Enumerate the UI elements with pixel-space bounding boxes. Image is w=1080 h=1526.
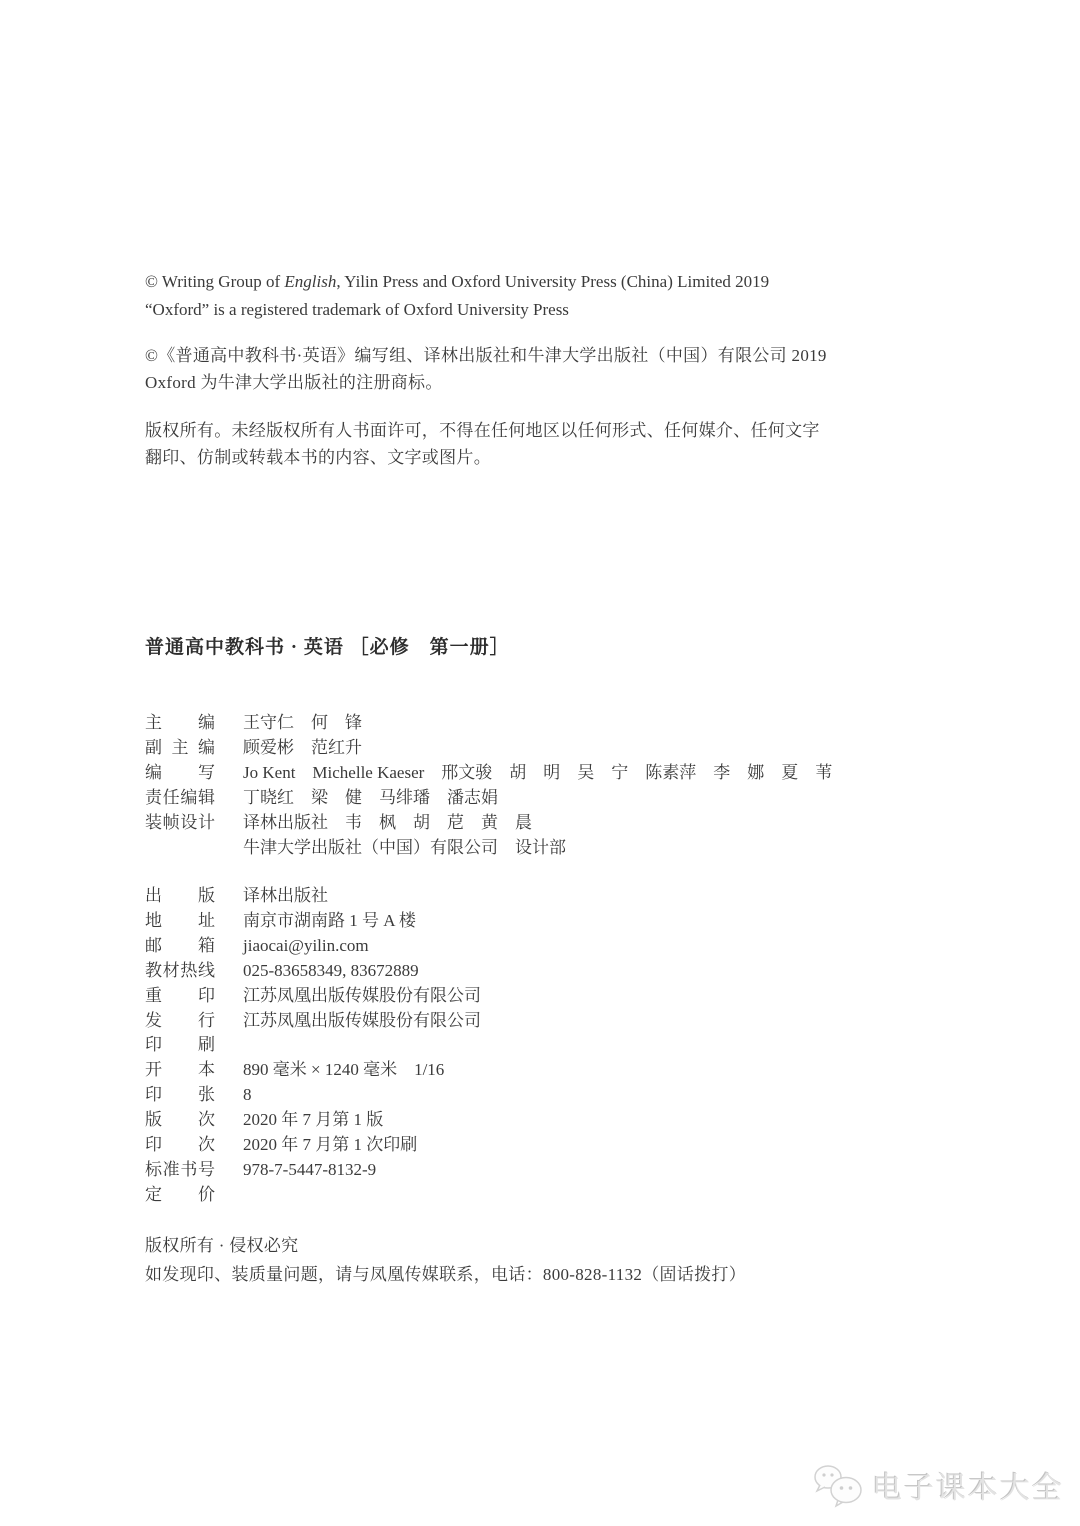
- rights-notice-line2: 翻印、仿制或转载本书的内容、文字或图片。: [145, 444, 820, 471]
- pub-label: 印次: [145, 1133, 215, 1158]
- chinese-copyright-block: ©《普通高中教科书·英语》编写组、译林出版社和牛津大学出版社（中国）有限公司 2…: [145, 342, 827, 396]
- credits-block: 主编王守仁 何 锋 副主编顾爱彬 范红升 编写Jo Kent Michelle …: [145, 710, 832, 860]
- book-title: 普通高中教科书 · 英语 ［必修 第一册］: [145, 632, 510, 659]
- credit-label: 装帧设计: [145, 810, 215, 835]
- pub-row-hotline: 教材热线025-83658349, 83672889: [145, 959, 481, 984]
- rights-notice-line1: 版权所有。未经版权所有人书面许可，不得在任何地区以任何形式、任何媒介、任何文字: [145, 417, 820, 444]
- chinese-copyright-line1: ©《普通高中教科书·英语》编写组、译林出版社和牛津大学出版社（中国）有限公司 2…: [145, 342, 827, 369]
- english-copyright-block: © Writing Group of English, Yilin Press …: [145, 268, 769, 324]
- pub-value: 2020 年 7 月第 1 版: [243, 1110, 383, 1129]
- chinese-copyright-line2: Oxford 为牛津大学出版社的注册商标。: [145, 369, 827, 396]
- credit-value: Jo Kent Michelle Kaeser 邢文骏 胡 明 吴 宁 陈素萍 …: [243, 763, 832, 782]
- wechat-icon: [812, 1462, 864, 1508]
- pub-row-price: 定价: [145, 1183, 481, 1208]
- pub-label: 教材热线: [145, 959, 215, 984]
- credit-label: 编写: [145, 760, 215, 785]
- credit-value: 牛津大学出版社（中国）有限公司 设计部: [243, 838, 566, 857]
- copyright-text: , Yilin Press and Oxford University Pres…: [336, 272, 769, 291]
- footer-contact-line: 如发现印、装质量问题，请与凤凰传媒联系，电话：800-828-1132（固话拨打…: [145, 1260, 746, 1289]
- pub-label: 发行: [145, 1009, 215, 1034]
- pub-row-distribution: 发行江苏凤凰出版传媒股份有限公司: [145, 1009, 481, 1034]
- credit-value: 顾爱彬 范红升: [243, 738, 362, 757]
- rights-notice-block: 版权所有。未经版权所有人书面许可，不得在任何地区以任何形式、任何媒介、任何文字 …: [145, 417, 820, 471]
- pub-row-printing: 印刷: [145, 1033, 481, 1058]
- credit-value: 译林出版社 韦 枫 胡 苨 黄 晨: [243, 813, 532, 832]
- credit-label: 责任编辑: [145, 785, 215, 810]
- pub-label: 出版: [145, 884, 215, 909]
- credit-row-chief-editor: 主编王守仁 何 锋: [145, 710, 832, 735]
- pub-label: 地址: [145, 909, 215, 934]
- footer-block: 版权所有 · 侵权必究 如发现印、装质量问题，请与凤凰传媒联系，电话：800-8…: [145, 1231, 746, 1289]
- english-copyright-line1: © Writing Group of English, Yilin Press …: [145, 268, 769, 296]
- pub-row-isbn: 标准书号978-7-5447-8132-9: [145, 1158, 481, 1183]
- credit-row-deputy-chief-editor: 副主编顾爱彬 范红升: [145, 735, 832, 760]
- pub-label: 标准书号: [145, 1158, 215, 1183]
- pub-label: 定价: [145, 1183, 215, 1208]
- pub-row-reprint: 重印江苏凤凰出版传媒股份有限公司: [145, 984, 481, 1009]
- pub-row-address: 地址南京市湖南路 1 号 A 楼: [145, 909, 481, 934]
- pub-label: 邮箱: [145, 934, 215, 959]
- pub-row-impression: 印次2020 年 7 月第 1 次印刷: [145, 1133, 481, 1158]
- pub-label: 印张: [145, 1083, 215, 1108]
- credit-row-design-line2: 牛津大学出版社（中国）有限公司 设计部: [145, 835, 832, 860]
- copyright-text: © Writing Group of: [145, 272, 284, 291]
- book-name-italic: English: [284, 272, 336, 291]
- pub-label: 版次: [145, 1108, 215, 1133]
- watermark-text: 电子课本大全: [872, 1463, 1064, 1507]
- credit-label: 主编: [145, 710, 215, 735]
- pub-label: 开本: [145, 1058, 215, 1083]
- pub-value: 南京市湖南路 1 号 A 楼: [243, 911, 416, 930]
- pub-value: 978-7-5447-8132-9: [243, 1160, 376, 1179]
- pub-row-publisher: 出版译林出版社: [145, 884, 481, 909]
- pub-label: 印刷: [145, 1033, 215, 1058]
- pub-value: 2020 年 7 月第 1 次印刷: [243, 1135, 417, 1154]
- watermark: 电子课本大全: [812, 1462, 1064, 1508]
- pub-value: 江苏凤凰出版传媒股份有限公司: [243, 986, 481, 1005]
- credit-value: 王守仁 何 锋: [243, 713, 362, 732]
- credit-row-design: 装帧设计译林出版社 韦 枫 胡 苨 黄 晨: [145, 810, 832, 835]
- pub-value: jiaocai@yilin.com: [243, 936, 369, 955]
- pub-row-edition: 版次2020 年 7 月第 1 版: [145, 1108, 481, 1133]
- credit-label: 副主编: [145, 735, 215, 760]
- pub-row-email: 邮箱jiaocai@yilin.com: [145, 934, 481, 959]
- credit-value: 丁晓红 梁 健 马绯璠 潘志娟: [243, 788, 498, 807]
- pub-value: 8: [243, 1085, 252, 1104]
- english-copyright-line2: “Oxford” is a registered trademark of Ox…: [145, 296, 769, 324]
- footer-rights-line: 版权所有 · 侵权必究: [145, 1231, 746, 1260]
- publication-block: 出版译林出版社 地址南京市湖南路 1 号 A 楼 邮箱jiaocai@yilin…: [145, 884, 481, 1208]
- pub-value: 890 毫米 × 1240 毫米 1/16: [243, 1060, 444, 1079]
- pub-value: 江苏凤凰出版传媒股份有限公司: [243, 1011, 481, 1030]
- credit-row-writers: 编写Jo Kent Michelle Kaeser 邢文骏 胡 明 吴 宁 陈素…: [145, 760, 832, 785]
- pub-row-sheets: 印张8: [145, 1083, 481, 1108]
- pub-label: 重印: [145, 984, 215, 1009]
- credit-row-responsible-editors: 责任编辑丁晓红 梁 健 马绯璠 潘志娟: [145, 785, 832, 810]
- pub-row-format: 开本890 毫米 × 1240 毫米 1/16: [145, 1058, 481, 1083]
- pub-value: 025-83658349, 83672889: [243, 961, 419, 980]
- pub-value: 译林出版社: [243, 886, 328, 905]
